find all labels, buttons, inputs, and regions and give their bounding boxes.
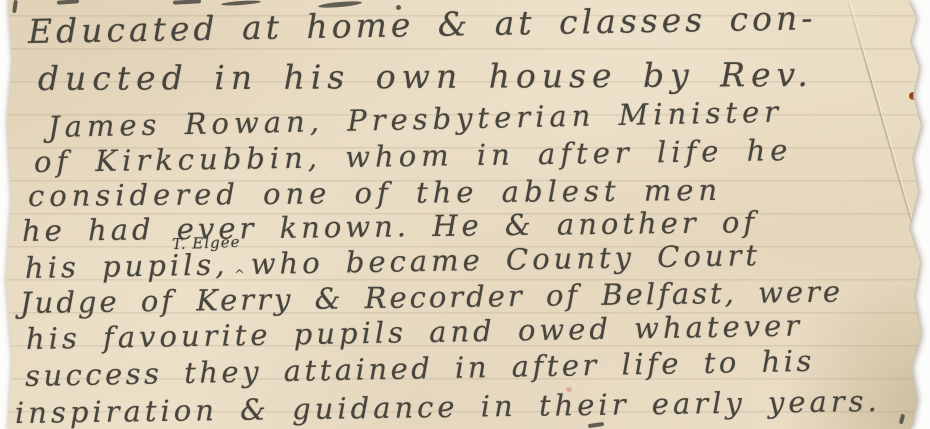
scanned-manuscript-image: Educated at home & at classes con- ducte…	[0, 0, 930, 429]
foxing-spot	[909, 92, 916, 100]
manuscript-line-2: ducted in his own house by Rev.	[38, 55, 814, 98]
paper-sheet-shadow: Educated at home & at classes con- ducte…	[0, 0, 930, 429]
interlinear-insertion: T. Elgee	[172, 233, 241, 253]
manuscript-page: Educated at home & at classes con- ducte…	[0, 0, 930, 429]
insertion-caret: ^	[234, 268, 245, 283]
